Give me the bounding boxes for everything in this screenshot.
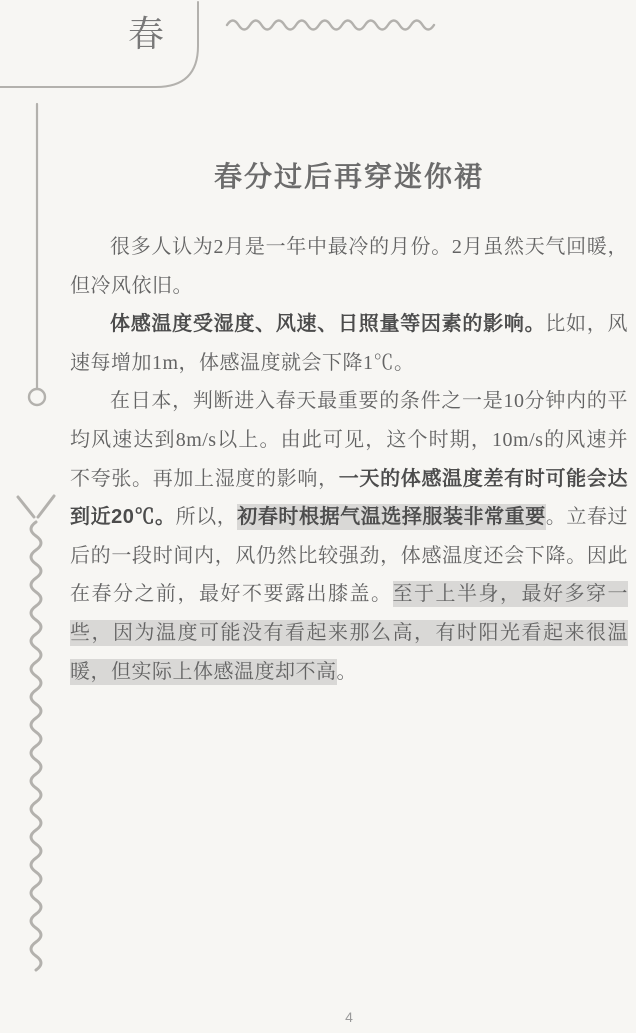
chapter-tab-label: 春	[124, 14, 168, 54]
header-squiggle-line	[227, 21, 434, 30]
text-segment: 所以，	[176, 506, 238, 528]
chapter-tab-border	[0, 2, 198, 87]
text-segment: 体感温度受湿度、风速、日照量等因素的影响。	[110, 313, 545, 335]
page-number: 4	[70, 1009, 628, 1025]
paragraph: 体感温度受湿度、风速、日照量等因素的影响。比如，风速每增加1m，体感温度就会下降…	[70, 305, 628, 382]
book-page: 春 春分过后再穿迷你裙 很多人认为2月是一年中最冷的月份。2月虽然天气回暖，但冷…	[0, 0, 636, 1033]
article-title: 春分过后再穿迷你裙	[70, 160, 628, 194]
margin-squiggle-ornament	[31, 522, 41, 970]
paragraph: 在日本，判断进入春天最重要的条件之一是10分钟内的平均风速达到8m/s以上。由此…	[70, 382, 628, 691]
text-segment: 很多人认为2月是一年中最冷的月份。2月虽然天气回暖，但冷风依旧。	[70, 236, 628, 297]
margin-fork-ornament	[18, 496, 54, 517]
text-segment: 初春时根据气温选择服装非常重要	[237, 504, 546, 530]
article-body: 很多人认为2月是一年中最冷的月份。2月虽然天气回暖，但冷风依旧。体感温度受湿度、…	[70, 228, 628, 691]
paragraph: 很多人认为2月是一年中最冷的月份。2月虽然天气回暖，但冷风依旧。	[70, 228, 628, 305]
text-segment: 。	[337, 661, 358, 683]
pin-ornament-ring	[29, 389, 45, 405]
article: 春分过后再穿迷你裙 很多人认为2月是一年中最冷的月份。2月虽然天气回暖，但冷风依…	[70, 160, 628, 691]
